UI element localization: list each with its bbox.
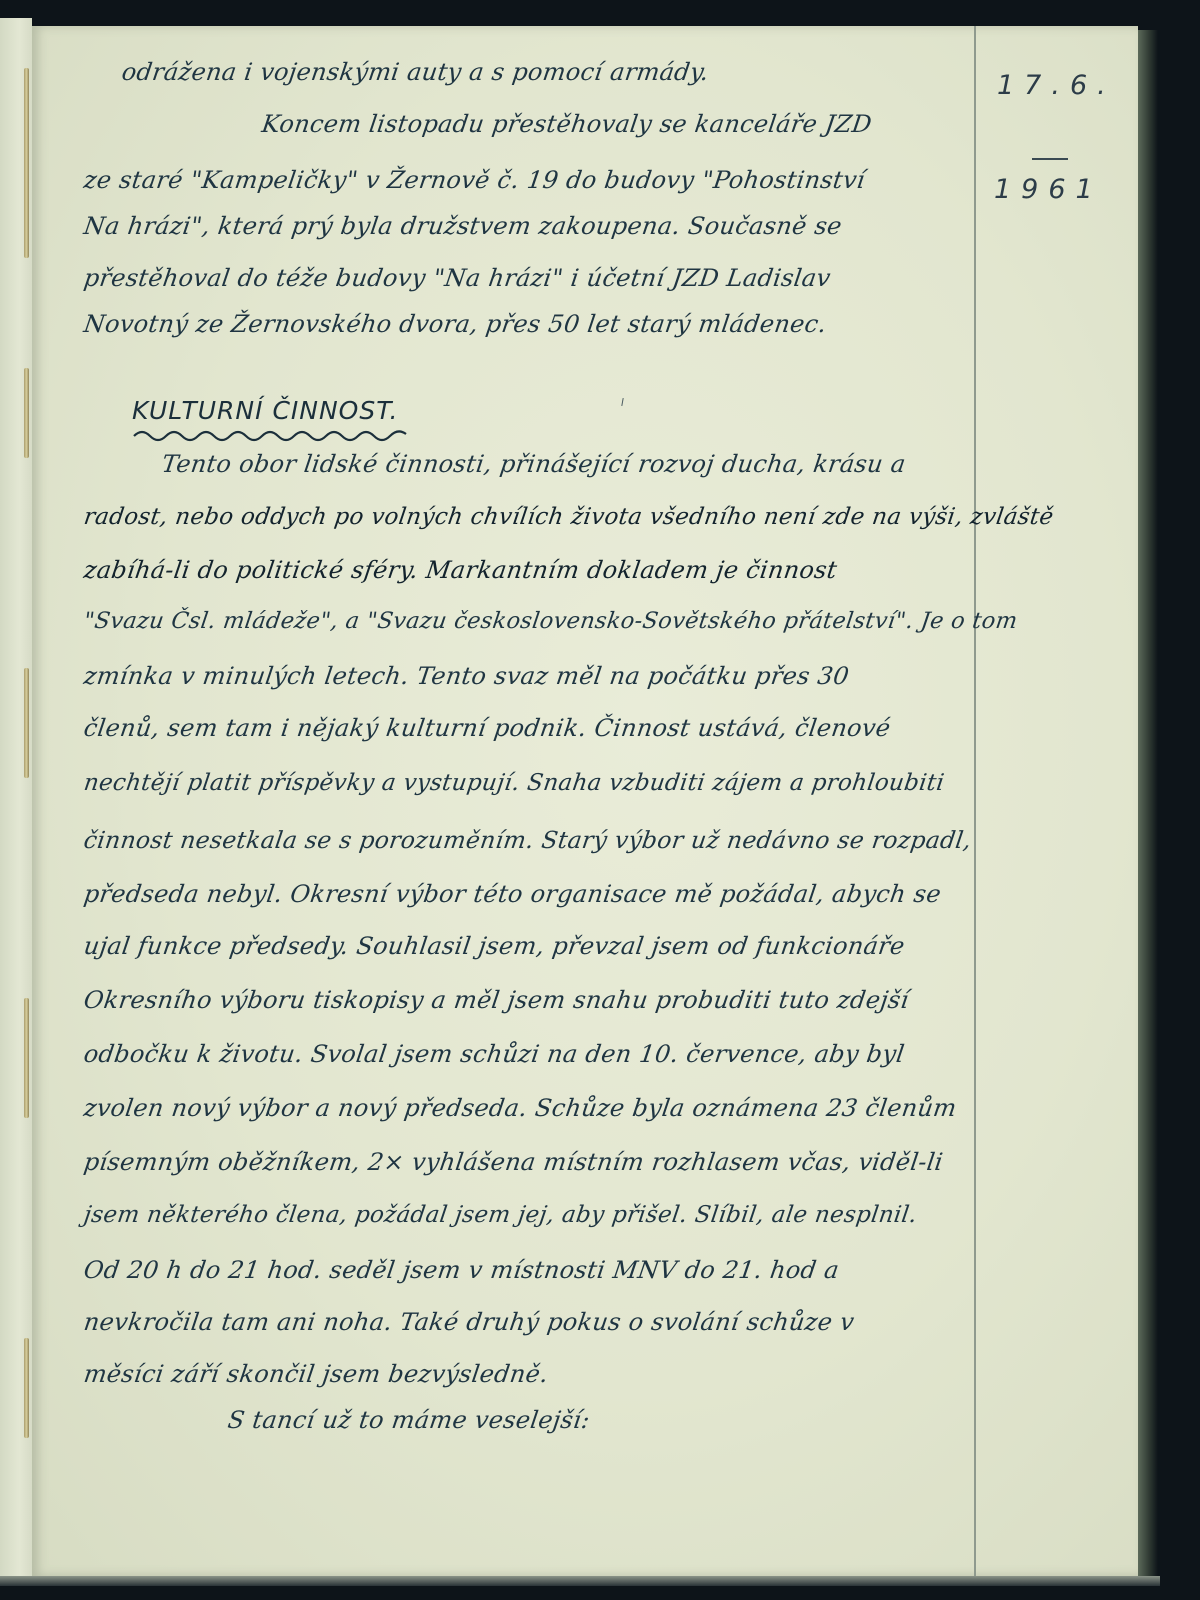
text-line: členů, sem tam i nějaký kulturní podnik.… — [82, 714, 892, 742]
text-line: jsem některého člena, požádal jsem jej, … — [82, 1202, 919, 1228]
text-line: radost, nebo oddych po volných chvílích … — [82, 504, 1055, 530]
margin-year: 1961 — [994, 174, 1103, 205]
binding-stitch — [24, 668, 29, 778]
text-line: činnost nesetkala se s porozuměním. Star… — [82, 826, 973, 854]
text-line: odbočku k životu. Svolal jsem schůzi na … — [82, 1040, 906, 1068]
ink-mark — [621, 398, 623, 406]
text-line: odrážena i vojenskými auty a s pomocí ar… — [120, 58, 711, 86]
margin-separator — [1032, 158, 1068, 160]
text-line: Koncem listopadu přestěhovaly se kancelá… — [260, 110, 874, 138]
text-line: zvolen nový výbor a nový předseda. Schůz… — [82, 1094, 958, 1122]
section-heading: KULTURNÍ ČINNOST. — [132, 396, 398, 425]
book-cover-edge — [1138, 30, 1158, 1580]
binding-stitch — [24, 1338, 29, 1438]
margin-rule — [974, 26, 976, 1576]
text-line: předseda nebyl. Okresní výbor této organ… — [82, 880, 943, 908]
margin-page-number: 17.6. — [997, 70, 1116, 101]
text-line: "Svazu Čsl. mládeže", a "Svazu českoslov… — [82, 608, 1019, 634]
text-line: přestěhoval do téže budovy "Na hrázi" i … — [82, 264, 832, 292]
text-line: Novotný ze Žernovského dvora, přes 50 le… — [82, 310, 828, 338]
text-line: Tento obor lidské činnosti, přinášející … — [160, 450, 908, 478]
heading-wavy-underline — [132, 426, 412, 444]
text-line: Na hrázi", která prý byla družstvem zako… — [82, 212, 844, 240]
text-line: nevkročila tam ani noha. Také druhý poku… — [82, 1308, 856, 1336]
text-line: nechtějí platit příspěvky a vystupují. S… — [82, 770, 946, 796]
text-line: zabíhá-li do politické sféry. Markantním… — [82, 556, 839, 584]
book-bottom-edge — [0, 1576, 1160, 1586]
binding-stitch — [24, 68, 29, 258]
text-line: zmínka v minulých letech. Tento svaz měl… — [82, 662, 851, 690]
text-line: ze staré "Kampeličky" v Žernově č. 19 do… — [82, 166, 867, 194]
binding-stitch — [24, 998, 29, 1118]
text-line: S tancí už to máme veselejší: — [226, 1406, 592, 1434]
text-line: měsíci září skončil jsem bezvýsledně. — [82, 1360, 550, 1388]
text-line: písemným oběžníkem, 2× vyhlášena místním… — [82, 1148, 945, 1176]
binding-stitch — [24, 368, 29, 458]
text-line: Od 20 h do 21 hod. seděl jsem v místnost… — [82, 1256, 841, 1284]
text-line: Okresního výboru tiskopisy a měl jsem sn… — [82, 986, 911, 1014]
facing-page-edge — [0, 18, 32, 1578]
text-line: ujal funkce předsedy. Souhlasil jsem, př… — [82, 932, 907, 960]
chronicle-page: 17.6. 1961 odrážena i vojenskými auty a … — [32, 26, 1138, 1576]
